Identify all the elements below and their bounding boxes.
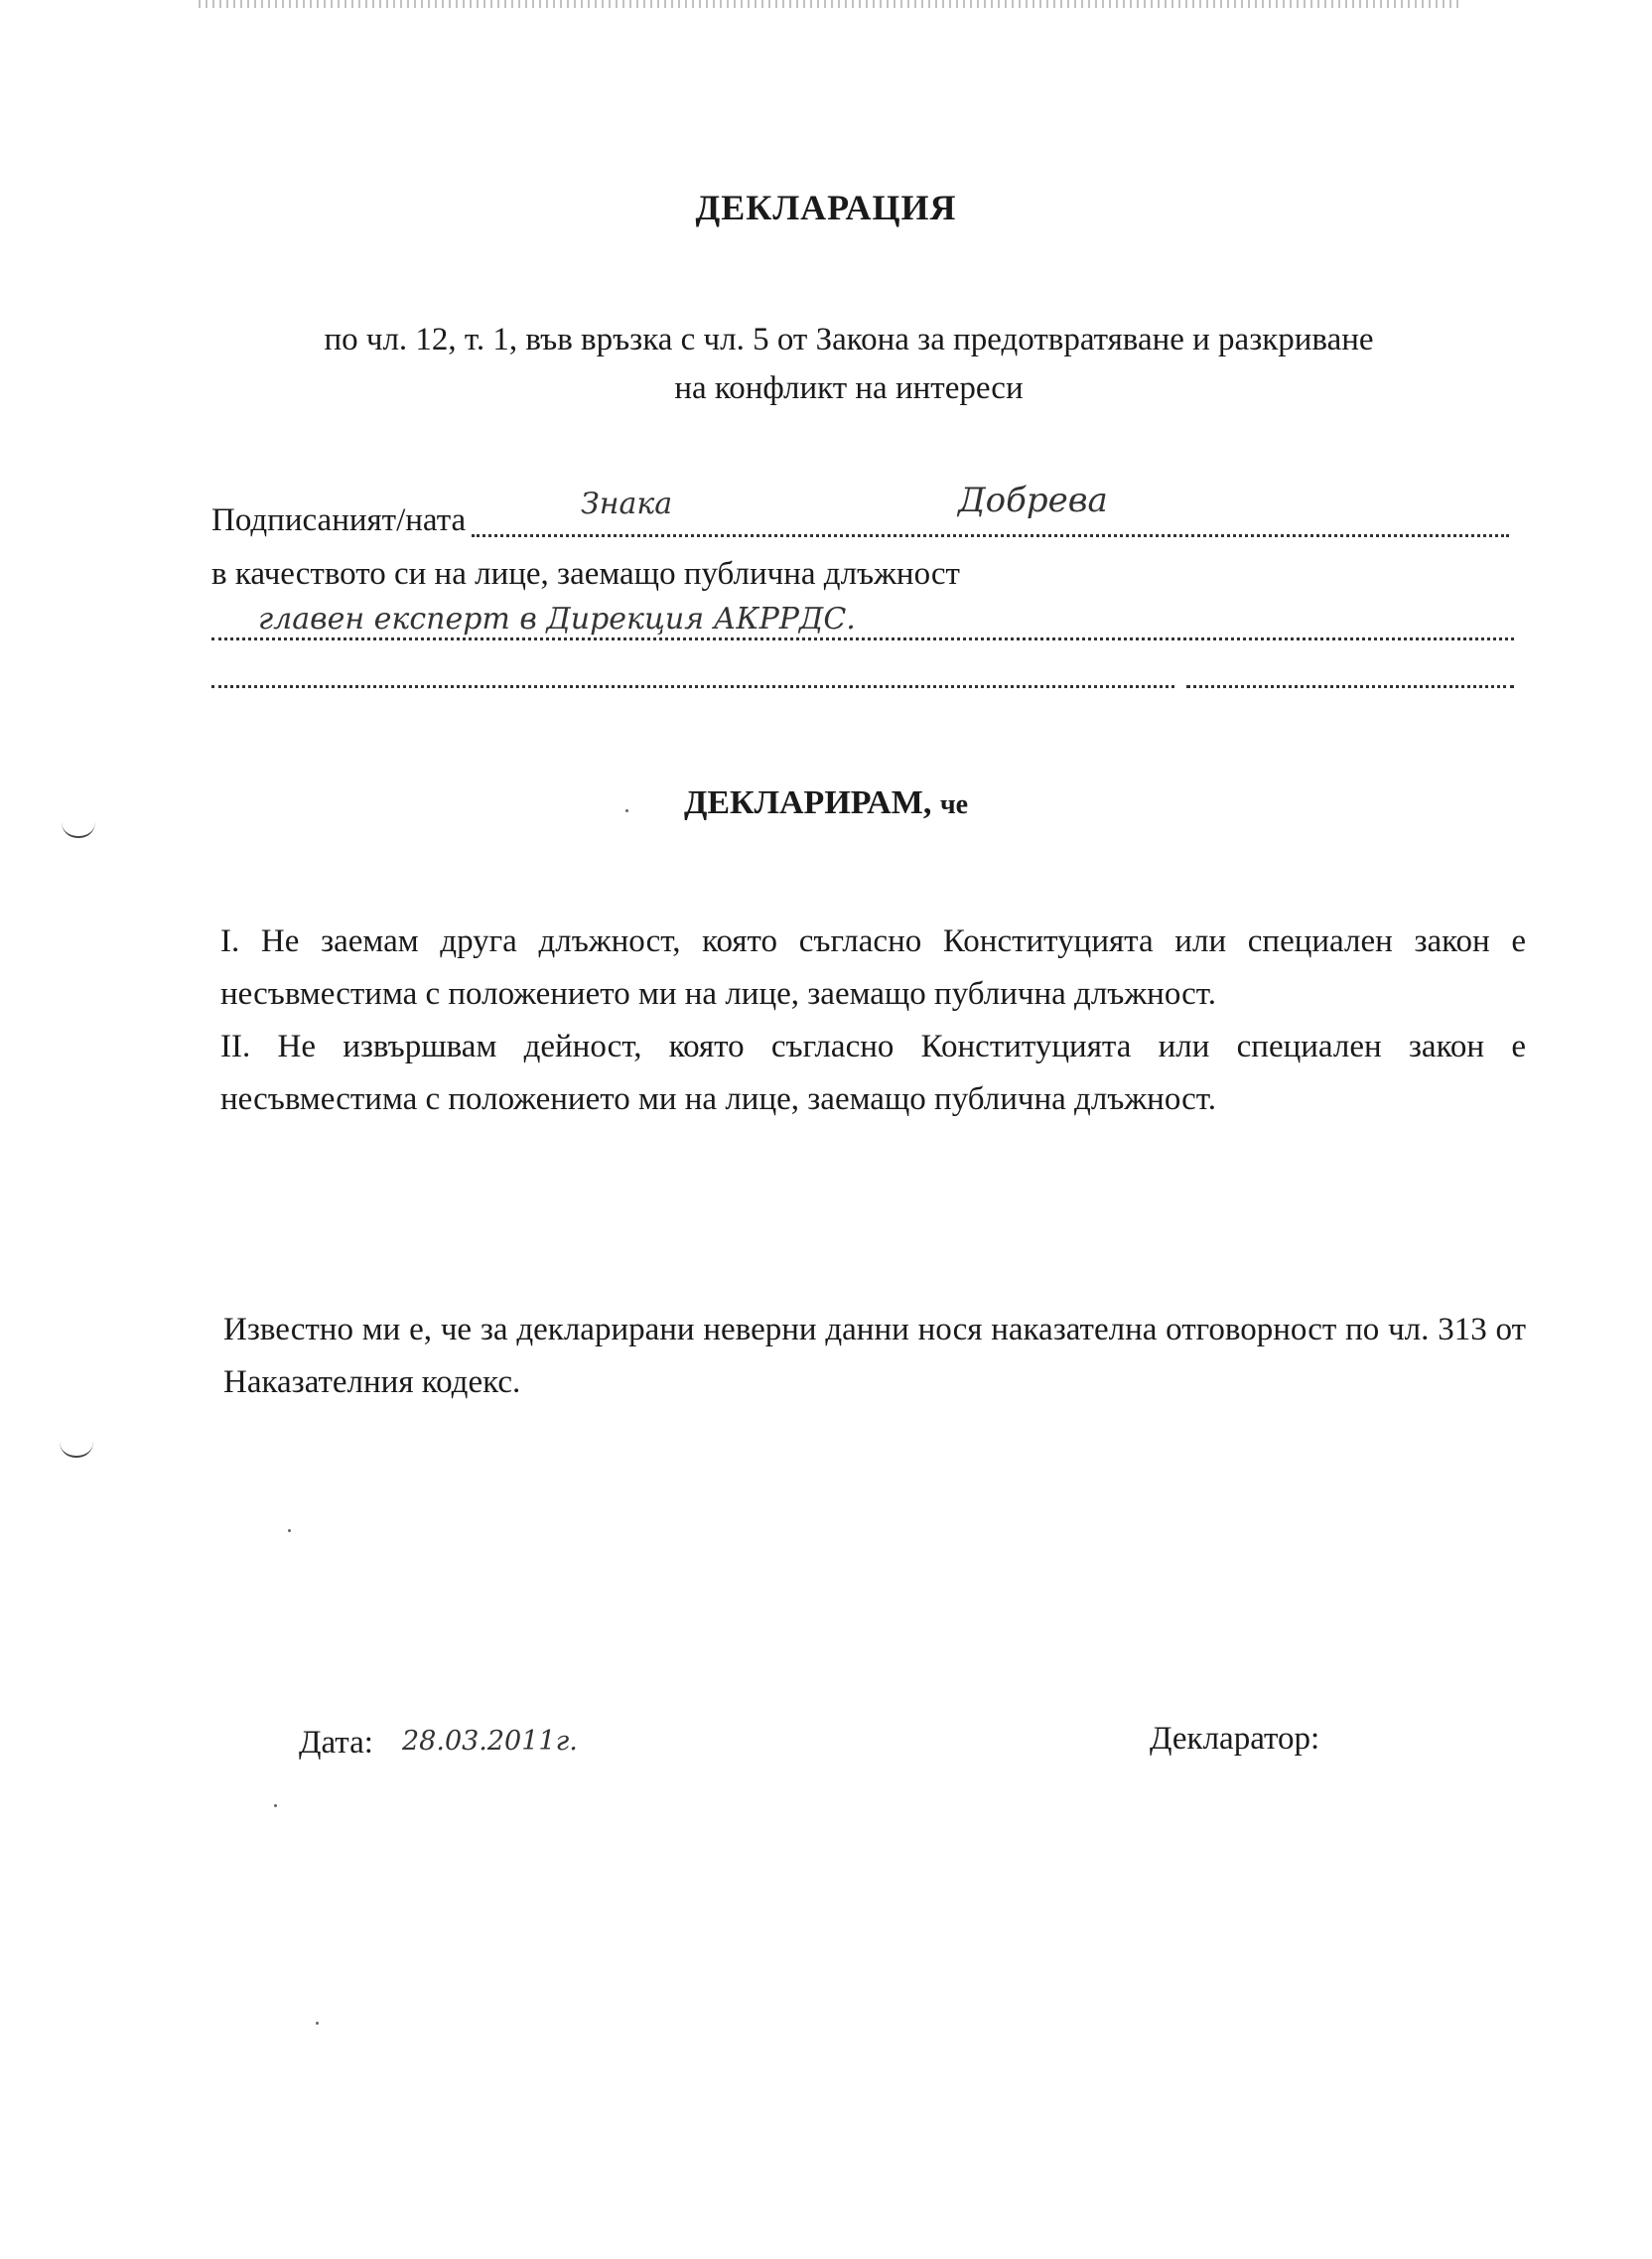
document-title: ДЕКЛАРАЦИЯ — [0, 187, 1652, 228]
date-label: Дата: — [299, 1725, 373, 1762]
declare-heading: ДЕКЛАРИРАМ, че — [0, 784, 1652, 822]
punch-mark-2 — [60, 1442, 93, 1458]
clause-1: I. Не заемам друга длъжност, която съгла… — [220, 916, 1526, 1021]
scan-artifact-top — [199, 0, 1459, 8]
signatory-dotted-line — [472, 534, 1509, 537]
subtitle-line-1: по чл. 12, т. 1, във връзка с чл. 5 от З… — [199, 316, 1499, 364]
clauses-block: I. Не заемам друга длъжност, която съгла… — [220, 916, 1526, 1126]
liability-block: Известно ми е, че за декларирани неверни… — [223, 1304, 1526, 1409]
capacity-label: в качеството си на лице, заемащо публичн… — [211, 556, 960, 593]
declare-heading-suffix: че — [940, 789, 968, 820]
scan-speck — [274, 1804, 277, 1807]
clause-2: II. Не извършвам дейност, която съгласно… — [220, 1021, 1526, 1126]
scan-speck — [316, 2022, 319, 2025]
subtitle-line-2: на конфликт на интереси — [199, 364, 1499, 413]
position-dotted-line-2b — [1186, 685, 1514, 688]
scan-speck — [625, 809, 628, 812]
liability-notice: Известно ми е, че за декларирани неверни… — [223, 1304, 1526, 1409]
handwritten-date: 28.03.2011г. — [402, 1726, 578, 1757]
scan-speck — [288, 1529, 291, 1532]
document-subtitle: по чл. 12, т. 1, във връзка с чл. 5 от З… — [199, 316, 1499, 413]
handwritten-last-name: Добрева — [958, 481, 1108, 520]
handwritten-position: главен експерт в Дирекция АКРРДС. — [258, 602, 856, 636]
handwritten-first-name: Знака — [581, 487, 672, 521]
signatory-label: Подписаният/ната — [211, 502, 466, 539]
position-dotted-line-1 — [211, 637, 1514, 640]
punch-mark-1 — [62, 822, 95, 838]
position-dotted-line-2a — [211, 685, 1174, 688]
declarant-label: Декларатор: — [1150, 1721, 1319, 1758]
declare-heading-word: ДЕКЛАРИРАМ, — [684, 784, 931, 821]
